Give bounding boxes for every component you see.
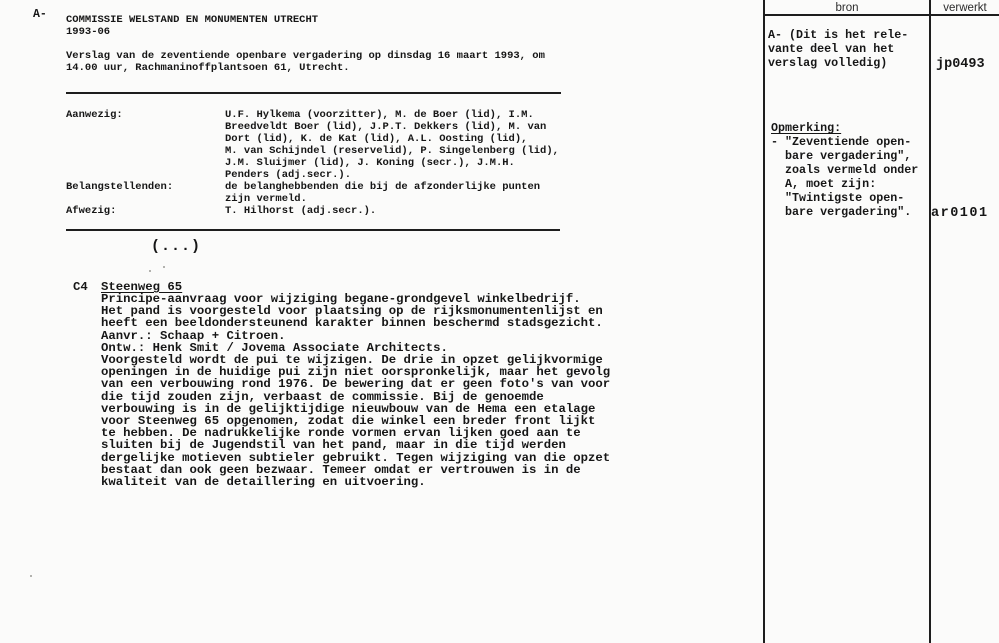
bron-annotation-1: A- (Dit is het rele- vante deel van het … bbox=[768, 28, 908, 70]
margin-marker: A- bbox=[33, 9, 47, 21]
scan-speckle bbox=[30, 575, 32, 577]
omission-ellipsis: (...) bbox=[151, 240, 201, 254]
attendance-label-afwezig: Afwezig: bbox=[66, 205, 116, 217]
doc-number: 1993-06 bbox=[66, 26, 110, 38]
agenda-item-code: C4 bbox=[73, 281, 88, 293]
attendance-values: U.F. Hylkema (voorzitter), M. de Boer (l… bbox=[225, 109, 559, 217]
opmerking-heading: Opmerking: bbox=[771, 121, 841, 135]
meeting-intro: Verslag van de zeventiende openbare verg… bbox=[66, 50, 545, 74]
scan-speckle bbox=[149, 270, 151, 272]
attendance-label-aanwezig: Aanwezig: bbox=[66, 109, 123, 121]
scanned-document-page: A- COMMISSIE WELSTAND EN MONUMENTEN UTRE… bbox=[0, 0, 999, 643]
divider-bottom bbox=[66, 229, 560, 231]
opmerking-body: - "Zeventiende open- bare vergadering", … bbox=[771, 135, 918, 219]
sidebar-divider-middle bbox=[929, 0, 931, 643]
verwerkt-code-2: ar0101 bbox=[931, 206, 989, 221]
column-header-bron: bron bbox=[765, 2, 929, 15]
agenda-item-body: Principe-aanvraag voor wijziging begane-… bbox=[101, 293, 610, 488]
scan-speckle bbox=[163, 266, 165, 268]
attendance-label-belangstellenden: Belangstellenden: bbox=[66, 181, 173, 193]
divider-top bbox=[66, 92, 561, 94]
sidebar-divider-left bbox=[763, 0, 765, 643]
column-header-verwerkt: verwerkt bbox=[931, 2, 999, 15]
verwerkt-code-1: jp0493 bbox=[936, 57, 985, 72]
org-title: COMMISSIE WELSTAND EN MONUMENTEN UTRECHT bbox=[66, 14, 318, 26]
